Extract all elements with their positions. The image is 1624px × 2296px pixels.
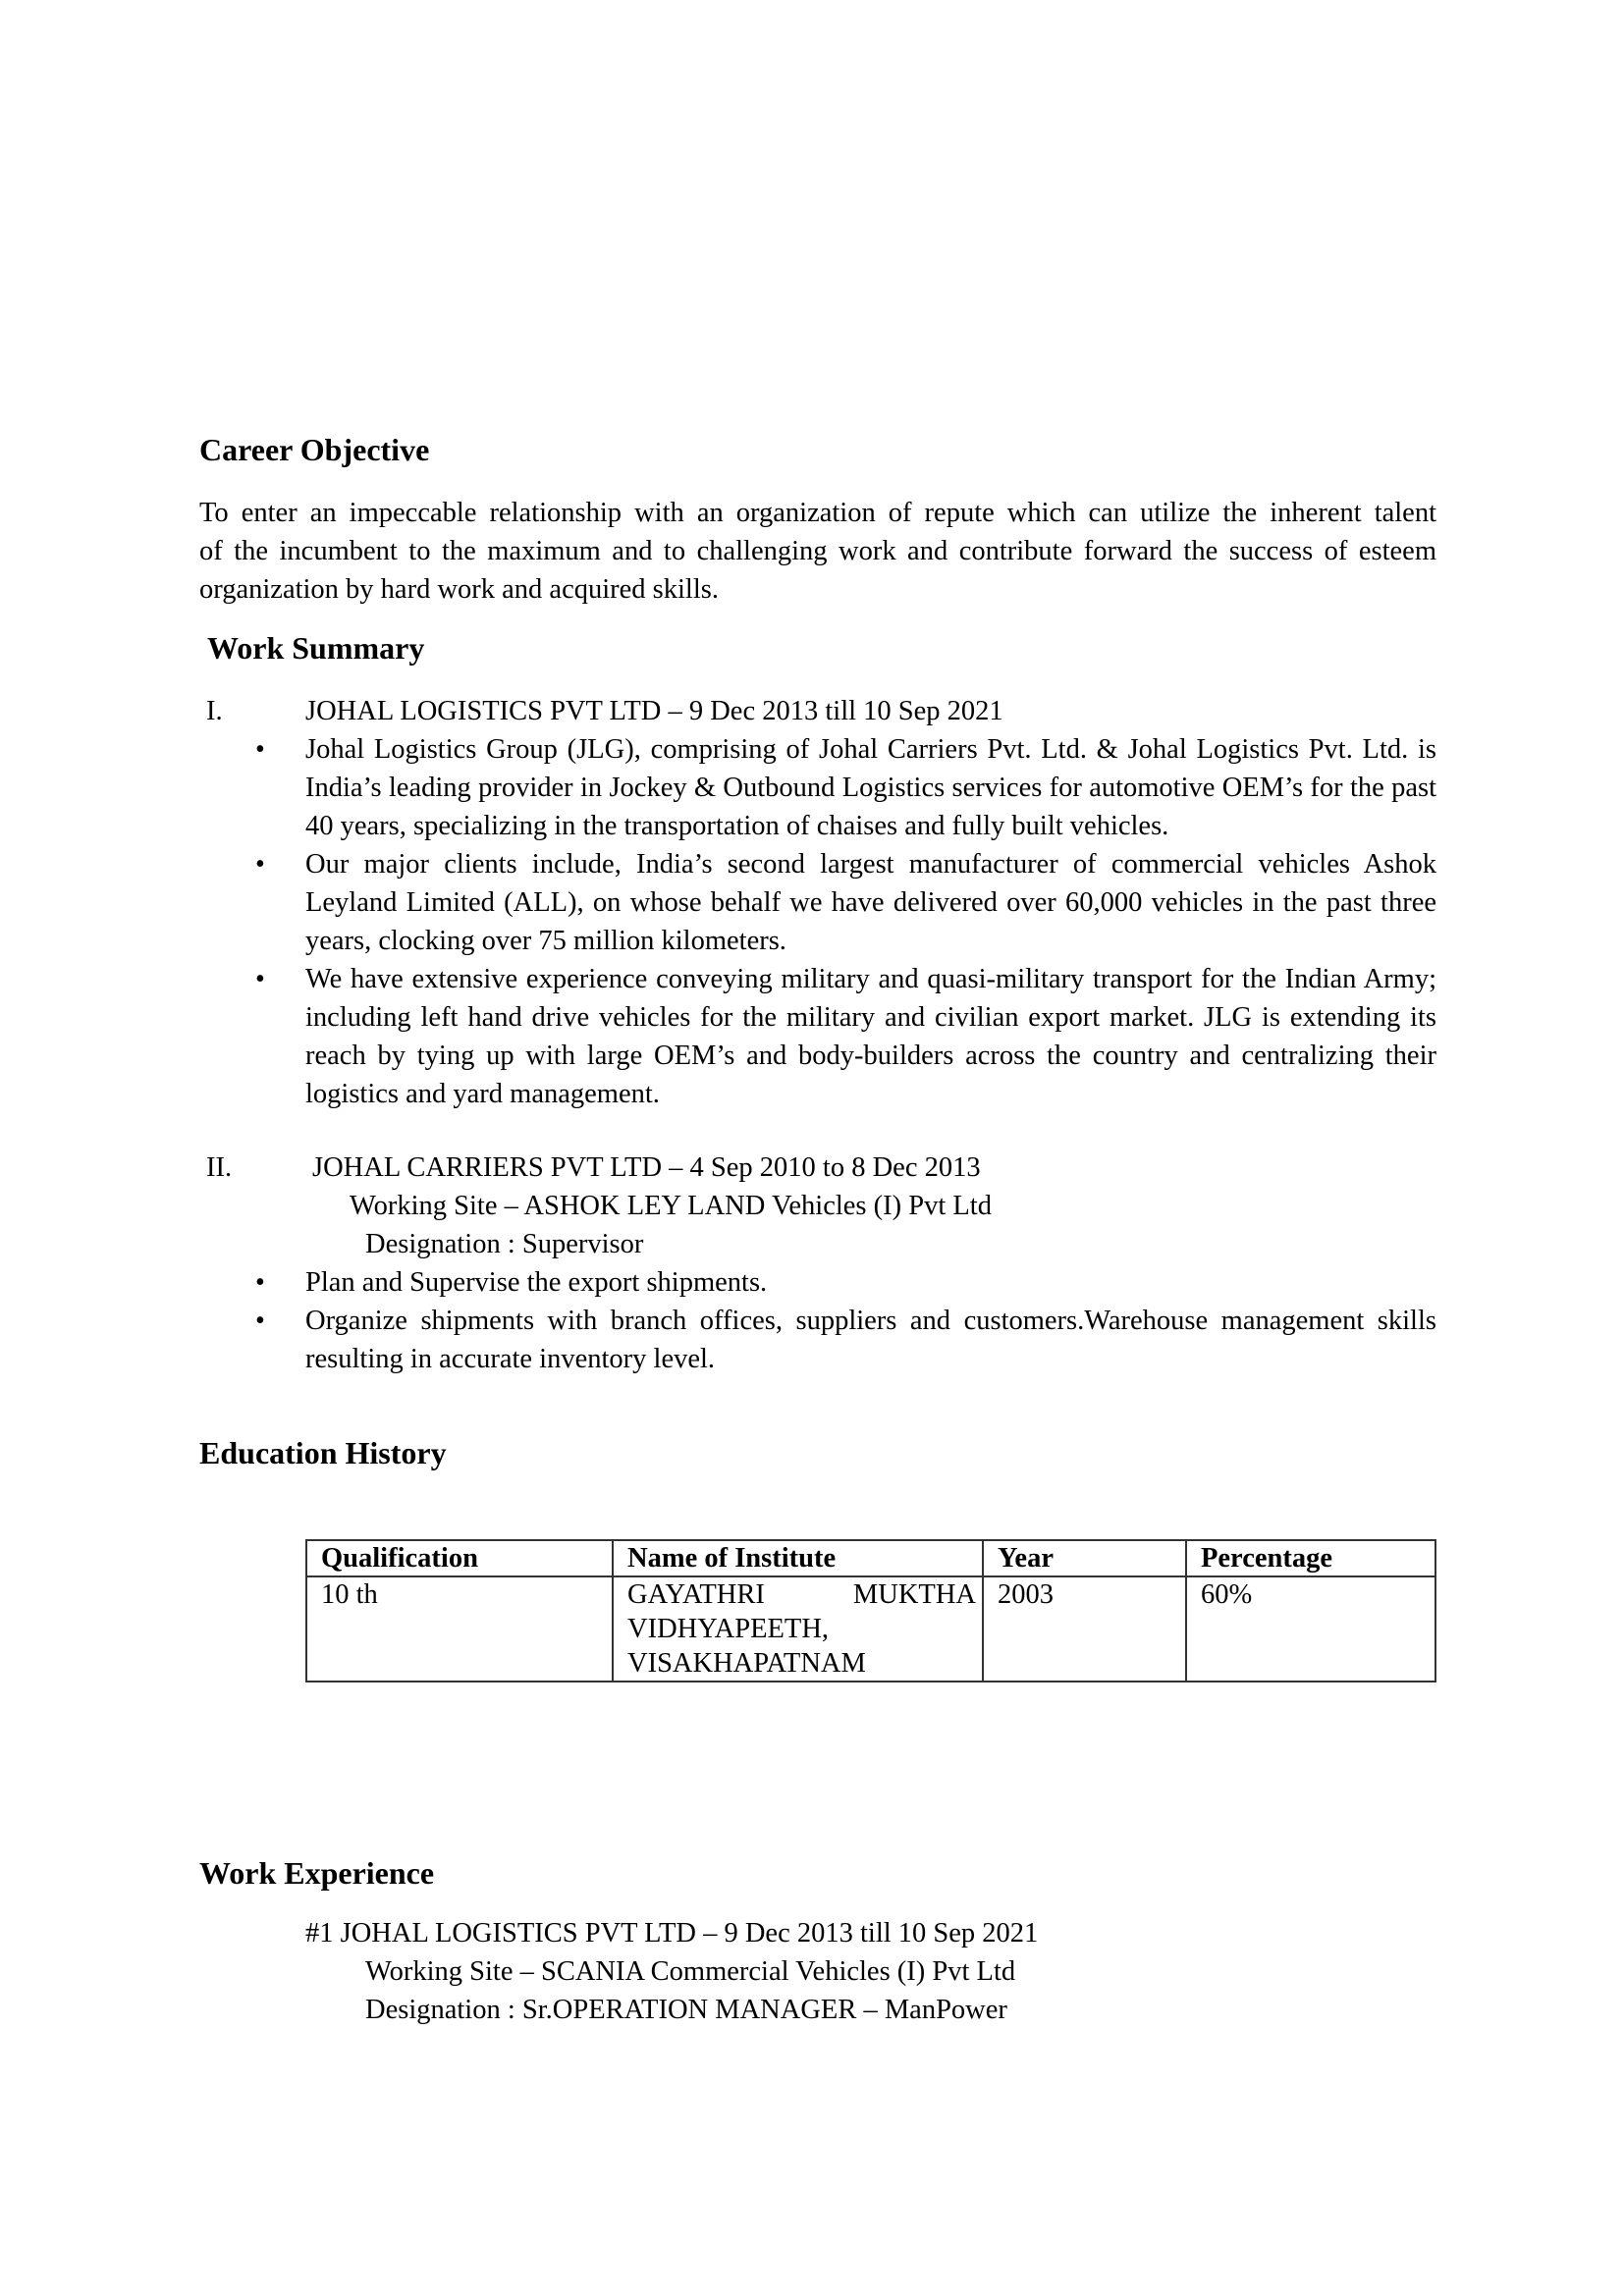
table-header-row: Qualification Name of Institute Year Per… [306,1540,1435,1576]
bullet-icon: • [255,1263,265,1302]
institute-cell: GAYATHRI MUKTHA VIDHYAPEETH, VISAKHAPATN… [613,1576,983,1682]
entry-numeral: II. [206,1148,232,1187]
bullet-icon: • [255,730,265,769]
summary-bullet: Plan and Supervise the export shipments. [305,1263,1436,1302]
institute-line: GAYATHRI MUKTHA [627,1577,976,1612]
work-experience-heading: Work Experience [199,1855,434,1892]
education-heading: Education History [199,1435,447,1471]
summary-bullet: Johal Logistics Group (JLG), comprising … [305,730,1436,845]
career-objective-heading: Career Objective [199,432,429,468]
column-header: Year [983,1540,1186,1576]
career-objective-line: of the incumbent to the maximum and to c… [199,532,1436,570]
career-objective-line: To enter an impeccable relationship with… [199,494,1436,532]
entry-title: JOHAL CARRIERS PVT LTD – 4 Sep 2010 to 8… [312,1148,981,1187]
column-header: Qualification [306,1540,613,1576]
institute-line: VISAKHAPATNAM [627,1646,976,1681]
summary-bullet: We have extensive experience conveying m… [305,960,1436,1113]
experience-title: #1 JOHAL LOGISTICS PVT LTD – 9 Dec 2013 … [305,1914,1038,1952]
qualification-cell: 10 th [306,1576,613,1682]
column-header: Name of Institute [613,1540,983,1576]
table-row: 10 th GAYATHRI MUKTHA VIDHYAPEETH, VISAK… [306,1576,1435,1682]
work-summary-heading: Work Summary [207,630,424,667]
entry-title: JOHAL LOGISTICS PVT LTD – 9 Dec 2013 til… [305,692,1003,730]
bullet-icon: • [255,1302,265,1340]
institute-line: VIDHYAPEETH, [627,1612,976,1646]
bullet-icon: • [255,845,265,883]
experience-designation: Designation : Sr.OPERATION MANAGER – Man… [365,1991,1007,2029]
summary-bullet: Organize shipments with branch offices, … [305,1302,1436,1378]
year-cell: 2003 [983,1576,1186,1682]
bullet-icon: • [255,960,265,998]
designation: Designation : Supervisor [365,1225,643,1263]
column-header: Percentage [1186,1540,1435,1576]
education-table: Qualification Name of Institute Year Per… [305,1539,1436,1682]
experience-working-site: Working Site – SCANIA Commercial Vehicle… [365,1952,1015,1991]
career-objective-text: To enter an impeccable relationship with… [199,494,1436,609]
entry-numeral: I. [206,692,223,730]
career-objective-line: organization by hard work and acquired s… [199,570,1436,609]
percentage-cell: 60% [1186,1576,1435,1682]
working-site: Working Site – ASHOK LEY LAND Vehicles (… [350,1187,992,1225]
summary-bullet: Our major clients include, India’s secon… [305,845,1436,960]
